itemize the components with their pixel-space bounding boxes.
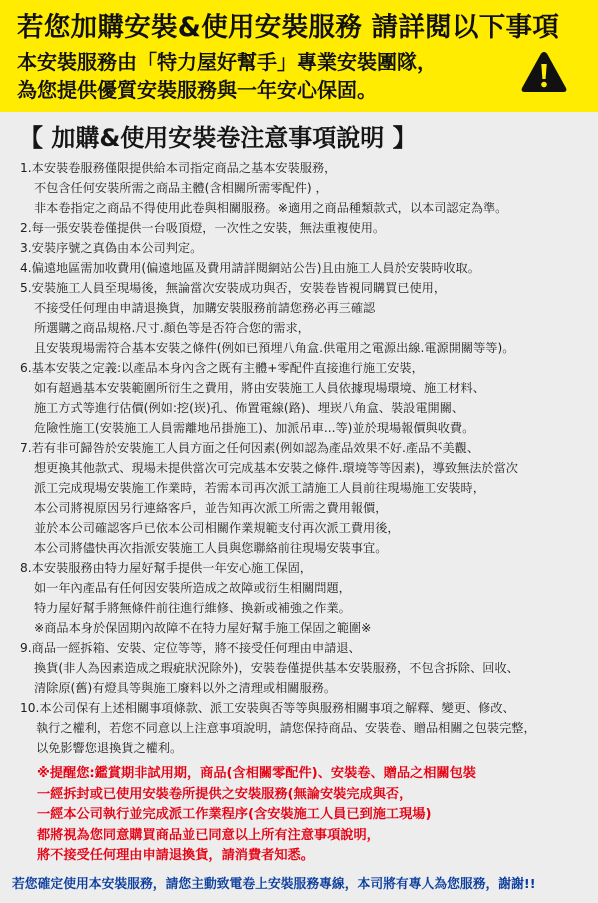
rule-5-line-4: 且安裝現場需符合基本安裝之條件(例如已預埋八角盒.供電用之電源出線.電源開關等等…	[20, 338, 598, 358]
rule-7-line-6: 本公司將儘快再次指派安裝施工人員與您聯絡前往現場安裝事宜。	[20, 538, 598, 558]
header-subtitle-line-1: 本安裝服務由「特力屋好幫手」專業安裝團隊，	[17, 48, 598, 76]
rule-6-line-4: 危險性施工(安裝施工人員需離地吊掛施工)、加派吊車...等)並於現場報價與收費。	[20, 418, 598, 438]
rule-10-line-1: 10.本公司保有上述相關事項條款、派工安裝與否等等與服務相關事項之解釋、變更、修…	[20, 698, 598, 718]
rule-2-line-1: 2.每一張安裝卷僅提供一台吸頂燈，一次性之安裝，無法重複使用。	[20, 218, 598, 238]
rule-1-line-3: 非本卷指定之商品不得使用此卷與相關服務。※適用之商品種類款式，以本司認定為準。	[20, 198, 598, 218]
rule-1-line-1: 1.本安裝卷服務僅限提供給本司指定商品之基本安裝服務，	[20, 158, 598, 178]
rule-10-line-3: 以免影響您退換貨之權利。	[20, 738, 598, 758]
notice-line-5: 將不接受任何理由申請退換貨，請消費者知悉。	[37, 846, 598, 867]
header-subtitle-line-2: 為您提供優質安裝服務與一年安心保固。	[17, 76, 598, 104]
rule-7-line-2: 想更換其他款式、現場未提供當次可完成基本安裝之條件.環境等等因素)，導致無法於當…	[20, 458, 598, 478]
rule-8-line-4: ※商品本身於保固期內故障不在特力屋好幫手施工保固之範圍※	[20, 618, 598, 638]
reminder-notice: ※提醒您:鑑賞期非試用期，商品(含相關零配件)、安裝卷、贈品之相關包裝 一經拆封…	[37, 764, 598, 867]
rule-7-line-5: 並於本公司確認客戶已依本公司相關作業規範支付再次派工費用後，	[20, 518, 598, 538]
section-title: 【 加購&使用安裝卷注意事項說明 】	[19, 122, 598, 154]
notice-line-3: 一經本公司執行並完成派工作業程序(含安裝施工人員已到施工現場)	[37, 805, 598, 826]
rule-6-line-2: 如有超過基本安裝範圍所衍生之費用，將由安裝施工人員依據現場環境、施工材料、	[20, 378, 598, 398]
rule-8-line-3: 特力屋好幫手將無條件前往進行維修、換新或補強之作業。	[20, 598, 598, 618]
rule-7-line-3: 派工完成現場安裝施工作業時，若需本司再次派工請施工人員前往現場施工安裝時，	[20, 478, 598, 498]
rule-5-line-2: 不接受任何理由申請退換貨，加購安裝服務前請您務必再三確認	[20, 298, 598, 318]
rule-5-line-1: 5.安裝施工人員至現場後，無論當次安裝成功與否，安裝卷皆視同購買已使用，	[20, 278, 598, 298]
rule-8-line-2: 如一年內產品有任何因安裝所造成之故障或衍生相關問題，	[20, 578, 598, 598]
notice-line-4: 都將視為您同意購買商品並已同意以上所有注意事項說明，	[37, 826, 598, 847]
rule-3-line-1: 3.安裝序號之真偽由本公司判定。	[20, 238, 598, 258]
notice-line-2: 一經拆封或已使用安裝卷所提供之安裝服務(無論安裝完成與否，	[37, 785, 598, 806]
footer-contact-note: 若您確定使用本安裝服務，請您主動致電卷上安裝服務專線，本司將有專人為您服務，謝謝…	[12, 875, 598, 895]
notice-line-1: ※提醒您:鑑賞期非試用期，商品(含相關零配件)、安裝卷、贈品之相關包裝	[37, 764, 598, 785]
rule-9-line-3: 清除原(舊)有燈具等與施工廢料以外之清理或相關服務。	[20, 678, 598, 698]
rule-10-line-2: 執行之權利，若您不同意以上注意事項說明，請您保持商品、安裝卷、贈品相關之包裝完整…	[20, 718, 598, 738]
rule-1-line-2: 不包含任何安裝所需之商品主體(含相關所需零配件) ，	[20, 178, 598, 198]
rule-7-line-1: 7.若有非可歸咎於安裝施工人員方面之任何因素(例如認為產品效果不好.產品不美觀、	[20, 438, 598, 458]
header-title: 若您加購安裝&使用安裝服務 請詳閱以下事項	[17, 12, 598, 44]
rule-7-line-4: 本公司將視原因另行連絡客戶，並告知再次派工所需之費用報價，	[20, 498, 598, 518]
rule-4-line-1: 4.偏遠地區需加收費用(偏遠地區及費用請詳閱網站公告)且由施工人員於安裝時收取。	[20, 258, 598, 278]
rule-6-line-1: 6.基本安裝之定義:以產品本身內含之既有主體+零配件直接進行施工安裝，	[20, 358, 598, 378]
header-banner: 若您加購安裝&使用安裝服務 請詳閱以下事項 本安裝服務由「特力屋好幫手」專業安裝…	[0, 0, 598, 112]
rule-9-line-2: 換貨(非人為因素造成之瑕疵狀況除外)，安裝卷僅提供基本安裝服務，不包含拆除、回收…	[20, 658, 598, 678]
rule-9-line-1: 9.商品一經拆箱、安裝、定位等等，將不接受任何理由申請退、	[20, 638, 598, 658]
warning-triangle-icon	[520, 50, 568, 94]
rules-list: 1.本安裝卷服務僅限提供給本司指定商品之基本安裝服務， 不包含任何安裝所需之商品…	[20, 158, 598, 758]
rule-5-line-3: 所選購之商品規格.尺寸.顏色等是否符合您的需求，	[20, 318, 598, 338]
rule-8-line-1: 8.本安裝服務由特力屋好幫手提供一年安心施工保固，	[20, 558, 598, 578]
rule-6-line-3: 施工方式等進行估價(例如:挖(崁)孔、佈置電線(路)、埋崁八角盒、裝設電開關、	[20, 398, 598, 418]
